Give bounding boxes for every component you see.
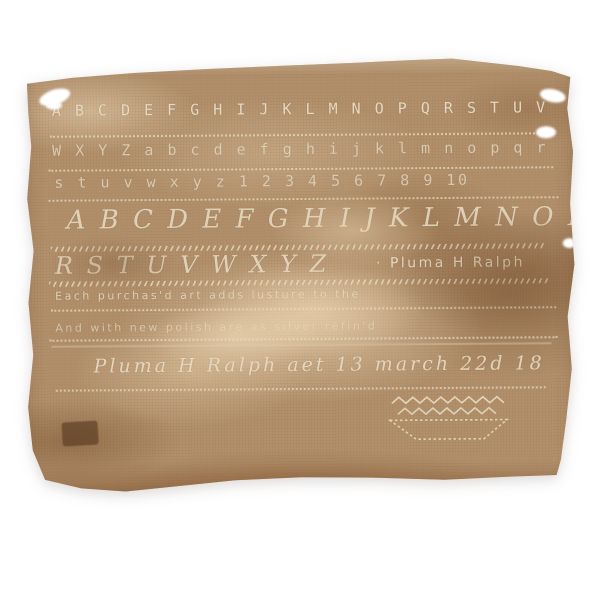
script-letters: R S T U V W X Y Z	[55, 250, 330, 280]
alphabet-row-mixed: W X Y Z a b c d e f g h i j k l m n o p …	[52, 138, 548, 159]
couched-line	[51, 342, 551, 347]
collection-stamp	[61, 420, 98, 446]
signature-line: Pluma H Ralph aet 13 march 22d 18	[94, 352, 545, 377]
sampler-fabric: A B C D E F G H I J K L M N O P Q R S T …	[23, 56, 576, 494]
basket-motif	[388, 393, 510, 444]
stitched-divider	[48, 166, 553, 172]
stitched-divider	[50, 132, 550, 137]
stitched-divider	[49, 336, 557, 342]
sampler-photograph: A B C D E F G H I J K L M N O P Q R S T …	[0, 0, 600, 600]
stitched-divider	[51, 306, 556, 312]
verse-line-1: Each purchas'd art adds lusture to the	[55, 288, 361, 303]
stitched-divider	[48, 196, 558, 202]
zigzag-divider	[49, 278, 549, 286]
fabric-hole	[46, 101, 62, 110]
numerals-row: s t u v w x y z 1 2 3 4 5 6 7 8 9 10	[54, 171, 469, 192]
fabric-hole	[536, 126, 556, 138]
script-alphabet-row-1: A B C D E F G H I J K L M N O P Q	[67, 202, 600, 236]
verse-line-2: And with new polish are as silver refin'…	[55, 319, 377, 334]
fabric-hole	[563, 238, 576, 248]
fabric-shadow-wrap: A B C D E F G H I J K L M N O P Q R S T …	[0, 0, 600, 600]
maker-name-inline: · Pluma H Ralph	[376, 254, 525, 271]
script-alphabet-row-2: R S T U V W X Y Z · Pluma H Ralph	[55, 248, 525, 279]
alphabet-row-uppercase: A B C D E F G H I J K L M N O P Q R S T …	[52, 98, 548, 119]
stitched-divider	[56, 386, 546, 391]
